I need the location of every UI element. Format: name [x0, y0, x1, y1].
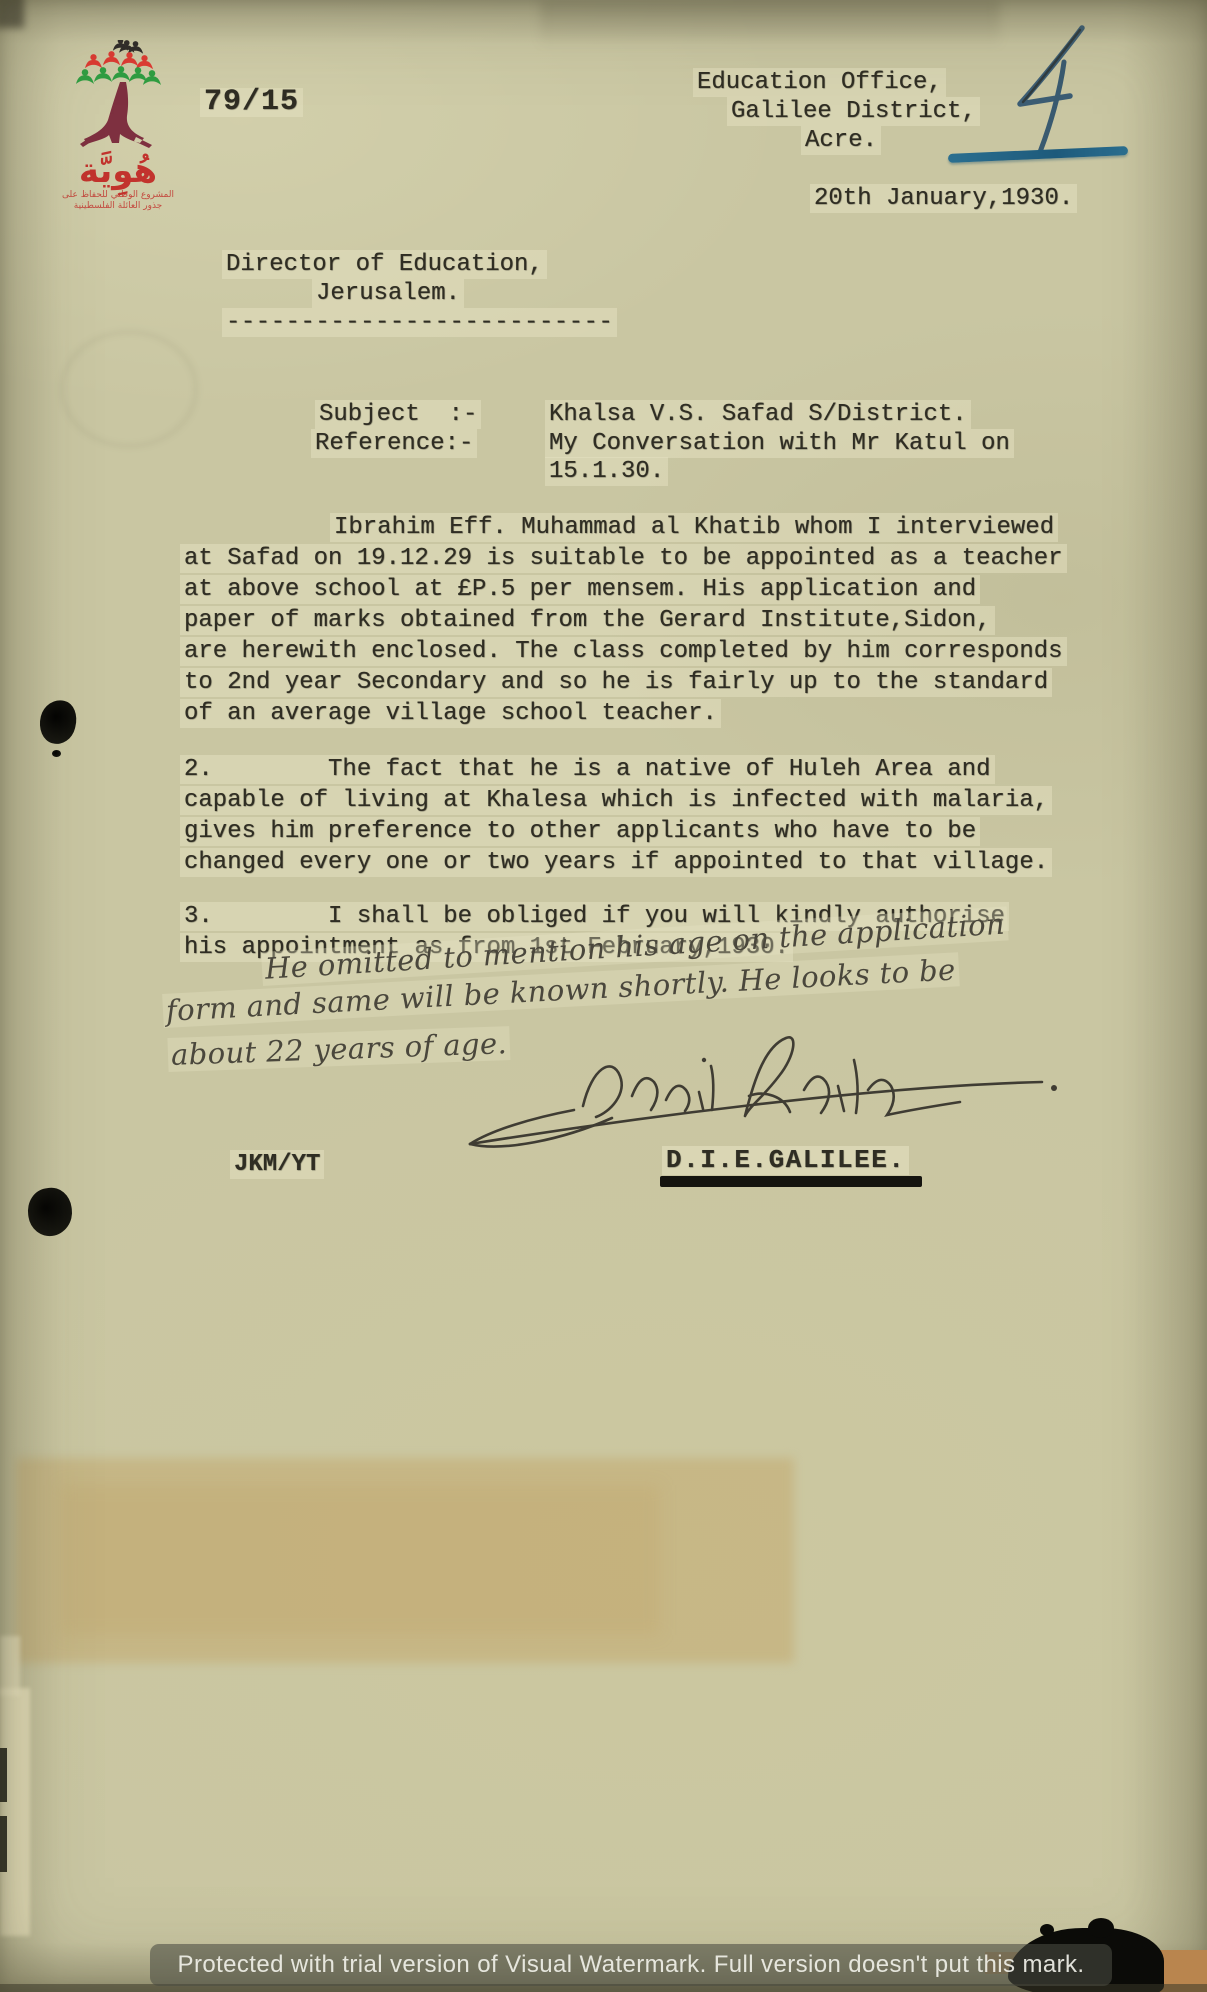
bleed-through-ghost-stamp [60, 330, 198, 448]
logo-arabic-subtitle-1: المشروع الوطني للحفاظ على [58, 190, 178, 201]
signature-underline-bar [660, 1176, 922, 1187]
blue-ink-underline [948, 146, 1128, 163]
para1-line-3: at above school at £P.5 per mensem. His … [180, 575, 980, 604]
office-line-3: Acre. [801, 126, 881, 155]
typist-initials: JKM/YT [230, 1150, 324, 1179]
trial-watermark-text: Protected with trial version of Visual W… [178, 1951, 1085, 1979]
reference-value-1: My Conversation with Mr Katul on [545, 429, 1014, 458]
ink-blob-drip [1088, 1918, 1114, 1938]
para1-line-4: paper of marks obtained from the Gerard … [180, 606, 995, 635]
trial-watermark-bar: Protected with trial version of Visual W… [150, 1944, 1112, 1986]
reference-label: Reference:- [311, 429, 477, 458]
punch-hole-top [35, 696, 81, 747]
ink-blob-drip-small [1040, 1924, 1054, 1936]
handwritten-note-line-3: about 22 years of age. [167, 1026, 510, 1072]
addressee-divider: -------------------------- [222, 308, 617, 337]
file-number: 79/15 [200, 88, 303, 117]
para2-line-2: capable of living at Khalesa which is in… [180, 786, 1052, 815]
para2-line-4: changed every one or two years if appoin… [180, 848, 1052, 877]
para1-line-5: are herewith enclosed. The class complet… [180, 637, 1067, 666]
addressee-line-1: Director of Education, [222, 250, 547, 279]
addressee-line-2: Jerusalem. [312, 279, 464, 308]
office-line-2: Galilee District, [727, 97, 980, 126]
paper-edge-light-strip [0, 1688, 30, 1936]
punch-hole-speck [52, 750, 61, 757]
logo-arabic-subtitle-2: جذور العائلة الفلسطينية [58, 201, 178, 212]
para1-line-2: at Safad on 19.12.29 is suitable to be a… [180, 544, 1067, 573]
huwiyya-project-logo: هُوِيَّة المشروع الوطني للحفاظ على جذور … [58, 40, 178, 212]
logo-arabic-title: هُوِيَّة [58, 152, 178, 190]
para2-line-1: 2. The fact that he is a native of Huleh… [180, 755, 995, 784]
handwritten-figure-4 [990, 22, 1120, 162]
reference-value-2: 15.1.30. [545, 457, 668, 486]
subject-value: Khalsa V.S. Safad S/District. [545, 400, 971, 429]
letter-date: 20th January,1930. [810, 184, 1077, 213]
office-line-1: Education Office, [693, 68, 946, 97]
para1-line-7: of an average village school teacher. [180, 699, 721, 728]
bleed-through-ghost-top [540, 0, 1000, 48]
scan-edge-mark-2 [0, 1816, 7, 1872]
para2-line-3: gives him preference to other applicants… [180, 817, 980, 846]
tree-of-people-icon [72, 40, 164, 152]
scan-edge-mark-1 [0, 1748, 7, 1802]
scanned-letter-page: هُوِيَّة المشروع الوطني للحفاظ على جذور … [0, 0, 1207, 1992]
tape-stain-inner [60, 1485, 660, 1635]
subject-label: Subject :- [315, 400, 481, 429]
signed-title: D.I.E.GALILEE. [662, 1146, 909, 1175]
punch-hole-bottom [25, 1185, 75, 1239]
scan-corner-shadow [0, 0, 24, 28]
para1-line-6: to 2nd year Secondary and so he is fairl… [180, 668, 1052, 697]
paper-edge-light-wedge [0, 1636, 20, 1696]
para1-line-1: Ibrahim Eff. Muhammad al Khatib whom I i… [330, 513, 1058, 542]
